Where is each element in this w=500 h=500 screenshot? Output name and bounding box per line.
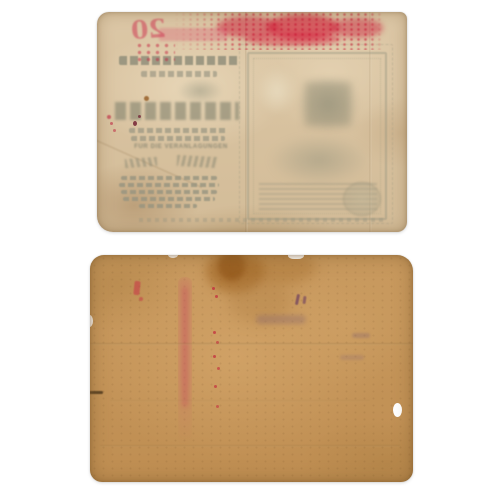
- edge-chip: [393, 403, 402, 417]
- red-stamp-streak: [178, 277, 192, 445]
- purple-ink-stroke: [295, 294, 300, 305]
- ghost-paragraph-line: [121, 176, 217, 180]
- brown-stain-core: [218, 255, 246, 281]
- center-fold-crease: [245, 12, 248, 232]
- red-ink-dot: [110, 122, 113, 125]
- purple-smudge: [256, 315, 306, 324]
- bottom-banknote: [90, 255, 413, 482]
- ghost-paragraph-line: [121, 190, 217, 194]
- red-mark-dot: [139, 297, 143, 301]
- ghost-signature: [177, 155, 218, 168]
- ghost-paragraph-line: [139, 204, 197, 208]
- maroon-ink-dot: [138, 115, 141, 118]
- vignette-middle-band: [263, 132, 375, 188]
- red-ink-dot: [113, 129, 116, 132]
- red-dot-column: [212, 287, 215, 290]
- ghost-vignette-frame: [247, 52, 387, 220]
- brown-stain-wide: [242, 255, 316, 285]
- right-crease: [369, 12, 372, 232]
- red-mark: [133, 281, 140, 296]
- red-ink-blob: [331, 18, 383, 38]
- vignette-light-patch: [257, 68, 297, 114]
- edge-chip: [90, 315, 93, 327]
- ghost-text-column: FÜR DIE VERANLAGUNGEN: [115, 54, 247, 214]
- ghost-bottom-dashes: [139, 218, 387, 222]
- brown-stain-dot: [144, 96, 149, 101]
- red-ink-drips: [135, 42, 175, 64]
- faint-red-stamp-box: [159, 28, 227, 41]
- torn-notch: [168, 255, 178, 258]
- dark-edge-fleck: [90, 391, 103, 394]
- scan-canvas: FÜR DIE VERANLAGUNGEN 20: [0, 0, 500, 500]
- red-ink-speckles: [173, 12, 385, 50]
- ghost-crest-ornament: [177, 78, 223, 104]
- ghost-paragraph-line: [123, 197, 215, 201]
- faint-mark: [352, 333, 370, 338]
- diagonal-crease: [97, 138, 202, 189]
- red-ink-stamp-band: 20: [117, 12, 385, 54]
- faint-mark: [340, 355, 364, 360]
- ghost-signature: [125, 157, 158, 168]
- ghost-paragraph-line: [119, 183, 219, 187]
- red-stamp-streak-core: [182, 287, 188, 407]
- red-ink-blob: [267, 14, 339, 40]
- brown-stain: [206, 255, 264, 293]
- ghost-caps-line-legible: FÜR DIE VERANLAGUNGEN: [123, 144, 239, 152]
- horizontal-crease: [110, 400, 370, 402]
- ghost-caps-line: [129, 128, 227, 133]
- red-ink-blob: [245, 32, 341, 46]
- ghost-seal-circle: [343, 182, 381, 216]
- ghost-heading-line: [119, 56, 239, 65]
- ghost-caps-line: [131, 136, 225, 141]
- red-ink-blob: [217, 16, 279, 38]
- torn-notch: [288, 255, 304, 259]
- horizontal-crease: [100, 445, 400, 447]
- vignette-building-shape: [291, 70, 365, 138]
- maroon-ink-dot: [133, 121, 137, 126]
- vignette-dark-core: [305, 82, 351, 126]
- vignette-text-rows: [259, 182, 377, 210]
- top-banknote: FÜR DIE VERANLAGUNGEN 20: [97, 12, 407, 232]
- mirrored-denomination-stamp: 20: [130, 14, 167, 45]
- red-ink-dot: [107, 115, 111, 119]
- ghost-title-line: [115, 102, 239, 120]
- ghost-subheading-line: [141, 71, 217, 77]
- ghost-vignette-outer-border: [239, 44, 393, 224]
- purple-ink-stroke: [302, 296, 306, 304]
- paper-grain-texture: [90, 255, 413, 482]
- brown-stain-swirl: [228, 281, 292, 323]
- horizontal-crease: [90, 343, 413, 345]
